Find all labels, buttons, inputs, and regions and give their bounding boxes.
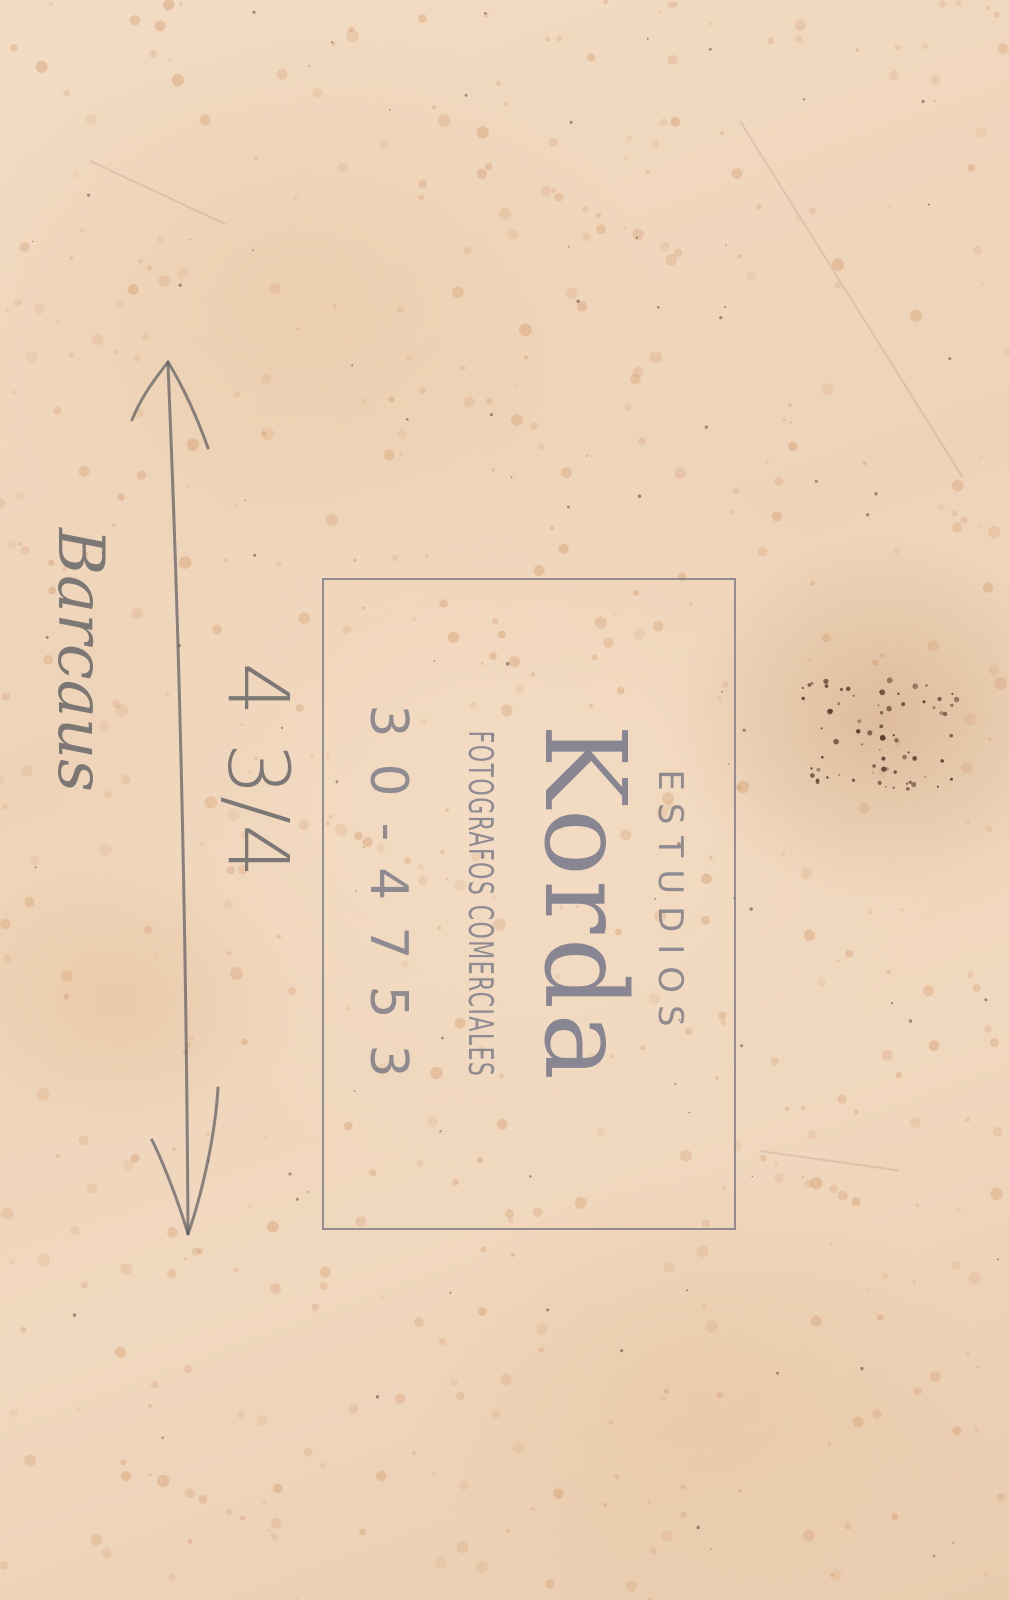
pencil-size-note: 4 3/4 xyxy=(209,662,307,877)
stamp-studios-text: ESTUDIOS xyxy=(650,578,690,1230)
pencil-name-note: Barcaus xyxy=(43,528,117,792)
stamp-phone-number: 30-4753 xyxy=(358,578,418,1230)
stamp-brand-name: Korda xyxy=(528,578,640,1230)
studio-stamp: ESTUDIOS Korda FOTOGRAFOS COMERCIALES 30… xyxy=(322,578,736,1230)
stamp-subtitle: FOTOGRAFOS COMERCIALES xyxy=(460,669,500,1138)
photo-back-paper: ESTUDIOS Korda FOTOGRAFOS COMERCIALES 30… xyxy=(0,0,1009,1600)
